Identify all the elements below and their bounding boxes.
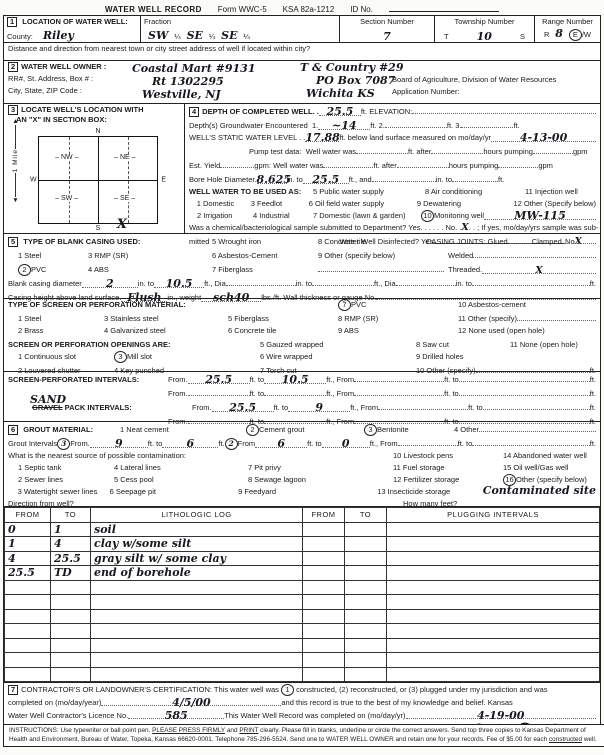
section-number-label: Section Number — [343, 17, 431, 26]
certification-text-a: CONTRACTOR'S OR LANDOWNER'S CERTIFICATIO… — [21, 683, 279, 696]
contam-6: 6 Seepage pit — [110, 486, 239, 498]
grout-blank — [398, 436, 458, 446]
log-from: 1 — [5, 537, 51, 552]
lithologic-log-table: FROM TO LITHOLOGIC LOG FROM TO PLUGGING … — [4, 507, 600, 682]
bore-blank — [372, 172, 436, 182]
range-r: R — [544, 30, 549, 39]
casing-5: 5 Wrought iron — [212, 236, 318, 248]
interval-blank — [354, 372, 444, 382]
quadrant-ne: – NE – — [112, 154, 137, 161]
monitoring-well-id: MW-115 — [514, 209, 565, 222]
log-desc: end of borehole — [91, 566, 303, 581]
grout-from-2: 6 — [277, 437, 285, 450]
compass-w: W — [30, 177, 37, 184]
opening-3-label: Mill slot — [127, 352, 152, 361]
ft-to-label: ft. to — [307, 438, 322, 450]
use-heading: WELL WATER TO BE USED AS: — [189, 186, 313, 198]
from-label: From. — [168, 374, 188, 386]
form-body: 1 LOCATION OF WATER WELL: County: Riley … — [3, 15, 601, 736]
casing-2-label: PVC — [31, 265, 46, 274]
contam-3: 3 Watertight sewer lines — [18, 486, 110, 498]
use-9: 9 Dewatering — [417, 198, 514, 210]
dia-blank — [472, 276, 590, 286]
grout-to-2: 0 — [342, 437, 350, 450]
log-row-empty — [5, 580, 600, 595]
use-6: 6 Oil field water supply — [309, 198, 417, 210]
yield-blank — [323, 158, 373, 168]
log-to: 1 — [51, 522, 91, 537]
contam-16-label: Other (specify below) — [516, 475, 587, 484]
quadrant-nw: – NW – — [53, 154, 80, 161]
owner-address-1: Rt 1302295 — [152, 77, 224, 86]
ft-to-label: ft. to — [148, 438, 163, 450]
arrow-down-icon: ▼ — [12, 197, 18, 204]
licence-number: 585 — [165, 709, 188, 722]
owner-city-label: City, State, ZIP Code : — [8, 85, 82, 97]
from-label: From. — [168, 388, 188, 400]
ft-label: ft. — [590, 278, 596, 290]
owner-address-2: PO Box 7087 — [316, 76, 395, 85]
log-row: 0 1 soil — [5, 522, 600, 537]
use-8: 8 Air conditioning — [425, 186, 525, 198]
casing-heading: TYPE OF BLANK CASING USED: — [23, 237, 140, 246]
ft-from-label: ft., From — [326, 388, 354, 400]
dia-blank — [226, 276, 296, 286]
material-8: 8 RMP (SR) — [338, 313, 458, 325]
range-value: 8 — [555, 29, 563, 38]
contam-7: 7 Pit privy — [248, 462, 393, 474]
casing-joints-clamped: Clamped. — [532, 236, 564, 248]
instructions-d: well. — [584, 736, 597, 743]
gw-3-blank — [461, 118, 513, 128]
groundwater-label: Depth(s) Groundwater Encountered — [189, 120, 308, 132]
est-yield-label: Est. Yield — [189, 160, 220, 172]
material-7-label: PVC — [351, 300, 366, 309]
section-1-location: 1 LOCATION OF WATER WELL: County: Riley … — [4, 16, 600, 42]
section-number-cell: Section Number 7 — [339, 16, 434, 42]
locate-heading-2: AN "X" IN SECTION BOX: — [16, 115, 107, 124]
log-to: 25.5 — [51, 551, 91, 566]
dia-label: ft., Dia — [374, 278, 396, 290]
use-1: 1 Domestic — [197, 198, 251, 210]
from-label: From. — [192, 402, 212, 414]
ft-to-label: ft. to — [444, 388, 459, 400]
ft-label: ft. — [513, 120, 519, 132]
elevation-label: ELEVATION: — [369, 106, 412, 118]
interval-blank — [459, 386, 590, 396]
section-1-number: 1 — [7, 17, 17, 27]
bore-diameter-value: 8.625 — [257, 173, 291, 186]
contam-11: 11 Fuel storage — [393, 462, 503, 474]
dia-blank — [396, 276, 456, 286]
ksa-statute: KSA 82a-1212 — [283, 5, 335, 14]
gw-2-blank — [385, 118, 447, 128]
from-label: From. — [70, 438, 90, 450]
log-row-empty — [5, 595, 600, 610]
grout-2-label: Cement grout — [259, 425, 304, 434]
threaded-label: Threaded. — [448, 264, 482, 276]
opening-9: 9 Drilled holes — [416, 351, 464, 363]
township-s: S — [520, 32, 525, 41]
screen-material-heading: TYPE OF SCREEN OR PERFORATION MATERIAL: — [8, 299, 338, 311]
static-level-date: 4-13-00 — [520, 131, 567, 144]
township-label: Township Number — [438, 17, 531, 26]
instructions-b: and — [227, 727, 238, 734]
opening-8: 8 Saw cut — [416, 339, 510, 351]
instructions-print: PRINT — [239, 727, 258, 734]
county-cell: 1 LOCATION OF WATER WELL: County: Riley — [4, 16, 140, 42]
section-4-number: 4 — [189, 107, 199, 117]
from-label: From — [238, 438, 256, 450]
log-header-row: FROM TO LITHOLOGIC LOG FROM TO PLUGGING … — [5, 508, 600, 523]
water-well-record-form: { "header": {"title":"WATER WELL RECORD"… — [0, 0, 604, 755]
static-level-mid: ft. below land surface measured on mo/da… — [339, 132, 491, 144]
casing-diameter-label: Blank casing diameter — [8, 278, 82, 290]
gpm-label: gpm — [573, 146, 588, 158]
contam-5: 5 Cess pool — [114, 474, 248, 486]
pack-to-1: 9 — [315, 401, 323, 414]
yield-blank — [397, 158, 449, 168]
casing-joints-glued: CASING JOINTS: Glued. — [426, 236, 510, 248]
range-cell: Range Number R 8 E/W — [534, 16, 600, 42]
casing-2-circled: 2 — [18, 264, 31, 276]
use-2: 2 Irrigation — [197, 210, 253, 222]
opening-6: 6 Wire wrapped — [260, 351, 416, 363]
grout-other-blank — [479, 422, 596, 432]
col-to-2: TO — [345, 508, 387, 523]
contam-10: 10 Livestock pens — [393, 450, 503, 462]
ft-label: ft. — [590, 388, 596, 400]
ft-from-label: ft., From — [326, 374, 354, 386]
interval-blank — [264, 386, 326, 396]
bore-depth-value: 25.5 — [312, 173, 339, 186]
owner-name-2: T & Country #29 — [300, 63, 404, 72]
plug-desc — [387, 537, 600, 552]
contam-14: 14 Abandoned water well — [503, 450, 587, 462]
section-number-value: 7 — [343, 32, 431, 41]
hours-pumping-label: hours pumping — [449, 160, 499, 172]
application-number-label: Application Number: — [392, 87, 460, 96]
record-completed-label: This Water Well Record was completed on … — [224, 709, 405, 722]
col-lithologic-log: LITHOLOGIC LOG — [91, 508, 303, 523]
log-from: 0 — [5, 522, 51, 537]
material-4: 4 Galvanized steel — [104, 325, 228, 337]
id-no-blank — [389, 3, 499, 12]
in-to-label: in. to — [456, 278, 472, 290]
quadrant-se: – SE – — [112, 195, 137, 202]
casing-1: 1 Steel — [18, 250, 88, 262]
board-of-agriculture-note: Board of Agriculture, Division of Water … — [392, 75, 556, 84]
log-row-empty — [5, 624, 600, 639]
range-label: Range Number — [538, 17, 597, 26]
sand-handwritten: SAND — [30, 395, 66, 404]
fraction-cell: Fraction SW¼ SE¼ SE¼ — [140, 16, 339, 42]
log-row-empty — [5, 638, 600, 653]
certification-text-b: constructed, (2) reconstructed, or (3) p… — [296, 683, 547, 696]
contam-8: 8 Sewage lagoon — [248, 474, 393, 486]
section-box-hline — [39, 180, 157, 181]
contam-2: 2 Sewer lines — [18, 474, 114, 486]
instructions-press-firmly: PLEASE PRESS FIRMLY — [152, 727, 225, 734]
pump-test-label: Pump test data: — [249, 146, 302, 158]
constructed-1-circled: 1 — [281, 684, 294, 696]
one-mile-scale: ▲ 1 Mile ▼ — [12, 118, 19, 204]
fraction-q3: SE — [221, 31, 237, 40]
gw-2-label: ft. 2. — [370, 120, 385, 132]
bore-diameter-label: Bore Hole Diameter. — [189, 174, 257, 186]
plug-from — [303, 566, 345, 581]
material-12: 12 None used (open hole) — [458, 325, 545, 337]
log-row-empty — [5, 609, 600, 624]
material-3: 3 Stainless steel — [104, 313, 228, 325]
yield-blank — [220, 158, 254, 168]
openings-heading: SCREEN OR PERFORATION OPENINGS ARE: — [8, 339, 260, 351]
ft-to-label: ft. to — [250, 388, 265, 400]
log-desc: clay w/some silt — [91, 537, 303, 552]
grout-intervals-label: Grout Intervals — [8, 438, 57, 450]
grout-heading: GROUT MATERIAL: — [23, 425, 93, 434]
log-from: 4 — [5, 551, 51, 566]
owner-city-2: Wichita KS — [306, 89, 375, 98]
material-2: 2 Brass — [18, 325, 104, 337]
use-10-circled: 10 — [421, 210, 434, 222]
completed-date: 4/5/00 — [172, 696, 211, 709]
ft-label: ft. — [590, 402, 596, 414]
log-desc: soil — [91, 522, 303, 537]
elevation-blank — [412, 104, 596, 114]
section-3-number: 3 — [8, 105, 18, 115]
distance-question: Distance and direction from nearest town… — [8, 43, 310, 55]
plug-to — [345, 522, 387, 537]
casing-7: 7 Fiberglass — [212, 264, 318, 276]
use-3: 3 Feedlot — [251, 198, 309, 210]
township-t: T — [444, 32, 449, 41]
fraction-q2: SE — [187, 31, 203, 40]
ft-to-label: ft. to — [444, 374, 459, 386]
grout-2-circled: 2 — [246, 424, 259, 436]
casing-diameter-value: 2 — [106, 277, 114, 290]
plug-from — [303, 537, 345, 552]
ft-label: ft. — [498, 174, 504, 186]
log-row: 25.5 TD end of borehole — [5, 566, 600, 581]
pump-blank — [356, 144, 408, 154]
quarter-glyph: ¼ — [174, 32, 180, 41]
casing-8: 8 Concrete tile — [318, 236, 426, 248]
county-label: County: — [7, 32, 33, 41]
contam-13: 13 Insecticide storage — [377, 486, 482, 498]
col-from: FROM — [5, 508, 51, 523]
log-row: 4 25.5 gray silt w/ some clay — [5, 551, 600, 566]
pump-blank — [431, 144, 483, 154]
contam-9: 9 Feedyard — [238, 486, 377, 498]
log-row: 1 4 clay w/some silt — [5, 537, 600, 552]
log-row-empty — [5, 667, 600, 682]
grout-3-label: Bentonite — [377, 425, 409, 434]
range-east-circled: E — [569, 29, 582, 41]
welded-label: Welded — [448, 250, 473, 262]
compass-e: E — [161, 177, 166, 184]
interval-blank — [459, 372, 590, 382]
material-11: 11 Other (specify) — [458, 313, 517, 325]
quarter-dash-line — [69, 137, 70, 223]
dia-blank — [312, 276, 374, 286]
col-plugging-intervals: PLUGGING INTERVALS — [387, 508, 600, 523]
log-to: TD — [51, 566, 91, 581]
grout-blank — [472, 436, 589, 446]
ft-and-label: ft., and — [349, 174, 372, 186]
material-9: 9 ABS — [338, 325, 458, 337]
plug-desc — [387, 566, 600, 581]
contam-1: 1 Septic tank — [18, 462, 114, 474]
pack-intervals-label: PACK INTERVALS: — [65, 403, 132, 412]
plug-desc — [387, 522, 600, 537]
distance-direction-row: Distance and direction from nearest town… — [4, 42, 600, 60]
grout-3-circled: 3 — [364, 424, 377, 436]
quarter-dash-line — [128, 137, 129, 223]
ft-to-label: ft. to — [250, 374, 265, 386]
ft-label: ft. — [590, 438, 596, 450]
gw-3-label: ft. 3. — [447, 120, 462, 132]
opening-11: 11 None (open hole) — [510, 339, 578, 351]
contam-15: 15 Oil well/Gas well — [503, 462, 568, 474]
use-10-label: Monitoring well — [434, 211, 484, 220]
ft-label: ft. — [218, 438, 224, 450]
material-10: 10 Asbestos-cement — [458, 299, 526, 311]
county-value: Riley — [43, 29, 74, 42]
compass-s: S — [96, 225, 101, 232]
plug-to — [345, 566, 387, 581]
section-4-depth: 4 DEPTH OF COMPLETED WELL. . 25.5 ft. EL… — [185, 104, 600, 233]
quarter-glyph: ¼ — [209, 32, 215, 41]
grout-from-1: 9 — [115, 437, 123, 450]
section-2-number: 2 — [8, 62, 18, 72]
ft-to-label: ft. to — [458, 438, 473, 450]
pack-from-1: 25.5 — [229, 401, 256, 414]
casing-other-blank — [318, 262, 444, 272]
grout-1: 1 Neat cement — [120, 424, 246, 436]
gpm-colon-label: gpm: — [254, 160, 271, 172]
material-1: 1 Steel — [18, 313, 104, 325]
ft-label: ft. — [590, 374, 596, 386]
opening-1: 1 Continuous slot — [18, 351, 114, 363]
completed-on-label: completed on (mo/day/year) — [8, 696, 101, 709]
locate-heading-1: LOCATE WELL'S LOCATION WITH — [21, 105, 143, 115]
plug-from — [303, 551, 345, 566]
contam-4: 4 Lateral lines — [114, 462, 248, 474]
section-2-owner: 2 WATER WELL OWNER : RR#, St. Address, B… — [4, 60, 600, 103]
opening-3-circled: 3 — [114, 351, 127, 363]
section-6-number: 6 — [8, 425, 18, 435]
well-location-x-mark: X — [117, 220, 127, 229]
material-other-blank — [517, 311, 596, 321]
bore-blank — [452, 172, 498, 182]
ft-from-label: ft., From — [370, 438, 398, 450]
instructions-constructed: constructed — [549, 736, 582, 743]
township-cell: Township Number T 10 S — [434, 16, 534, 42]
use-7: 7 Domestic (lawn & garden) — [313, 210, 421, 222]
quadrant-sw: – SW – — [53, 195, 80, 202]
record-completed-date: 4-19-00 — [477, 709, 524, 722]
owner-name-1: Coastal Mart #9131 — [132, 64, 255, 73]
township-value: 10 — [477, 32, 492, 41]
well-water-label: Well water was — [273, 160, 323, 172]
casing-3: 3 RMP (SR) — [88, 250, 212, 262]
instructions-footer: INSTRUCTIONS: Use typewriter or ball poi… — [3, 724, 604, 747]
log-desc: gray silt w/ some clay — [91, 551, 303, 566]
ft-from-label: ft., From — [350, 402, 378, 414]
casing-6: 6 Asbestos-Cement — [212, 250, 318, 262]
ft-after-label: ft. after — [408, 146, 431, 158]
screen-from-1: 25.5 — [205, 373, 232, 386]
grout-interval-1-material: 3 — [57, 438, 70, 450]
yield-blank — [498, 158, 538, 168]
ft-to-label: ft. to — [274, 402, 289, 414]
fraction-label: Fraction — [144, 17, 336, 26]
sample-no-x: X — [461, 223, 468, 232]
casing-depth-value: 10.5 — [166, 277, 193, 290]
ft-after-label: ft. after — [373, 160, 396, 172]
depth-value: 25.5 — [326, 105, 353, 118]
intervals-section: SCREEN-PERFORATED INTERVALS: From. 25.5 … — [4, 371, 600, 421]
plug-to — [345, 537, 387, 552]
id-no-label: ID No. — [350, 5, 373, 14]
grout-interval-2-material: 2 — [225, 438, 238, 450]
interval-blank — [188, 386, 250, 396]
section-5-number: 5 — [8, 237, 18, 247]
section-3-4-row: 3 LOCATE WELL'S LOCATION WITH AN "X" IN … — [4, 103, 600, 233]
log-from: 25.5 — [5, 566, 51, 581]
mile-bar — [15, 125, 16, 149]
material-6: 6 Concrete tile — [228, 325, 338, 337]
use-11: 11 Injection well — [525, 186, 578, 198]
log-to: 4 — [51, 537, 91, 552]
opening-5: 5 Gauzed wrapped — [260, 339, 416, 351]
plug-from — [303, 522, 345, 537]
licence-label: Water Well Contractor's Licence No. — [8, 709, 128, 722]
col-from-2: FROM — [303, 508, 345, 523]
threaded-x: X — [535, 265, 542, 276]
contamination-specify-value: Contaminated site — [483, 486, 596, 495]
gpm-label: gpm — [538, 160, 553, 172]
pump-blank — [533, 144, 573, 154]
section-5-casing: 5 TYPE OF BLANK CASING USED: 5 Wrought i… — [4, 233, 600, 298]
material-7-circled: 7 — [338, 299, 351, 311]
section-6-grout: 6 GROUT MATERIAL: 1 Neat cement 2Cement … — [4, 421, 600, 506]
ft-label: ft. — [361, 106, 367, 118]
in-to-label: in. to — [138, 278, 154, 290]
compass-n: N — [95, 128, 100, 135]
casing-4: 4 ABS — [88, 264, 212, 276]
ft-to-label: ft. to — [468, 402, 483, 414]
log-row-empty — [5, 653, 600, 668]
static-level-value: 17.88 — [305, 131, 339, 144]
plug-desc — [387, 551, 600, 566]
in-to-label: in. to — [436, 174, 452, 186]
plug-to — [345, 551, 387, 566]
casing-9: 9 Other (specify below) — [318, 250, 448, 262]
form-title: WATER WELL RECORD — [105, 5, 202, 14]
welded-blank — [473, 248, 596, 258]
screen-intervals-heading: SCREEN-PERFORATED INTERVALS: — [8, 374, 168, 386]
static-level-label: WELL'S STATIC WATER LEVEL . . — [189, 132, 305, 144]
owner-heading: WATER WELL OWNER : — [21, 61, 106, 73]
use-5: 5 Public water supply — [313, 186, 425, 198]
section-7-number: 7 — [8, 685, 18, 695]
dia-label: ft., Dia — [204, 278, 226, 290]
one-mile-label: 1 Mile — [12, 149, 19, 172]
mile-bar — [15, 173, 16, 197]
grout-4: 4 Other — [454, 424, 479, 436]
